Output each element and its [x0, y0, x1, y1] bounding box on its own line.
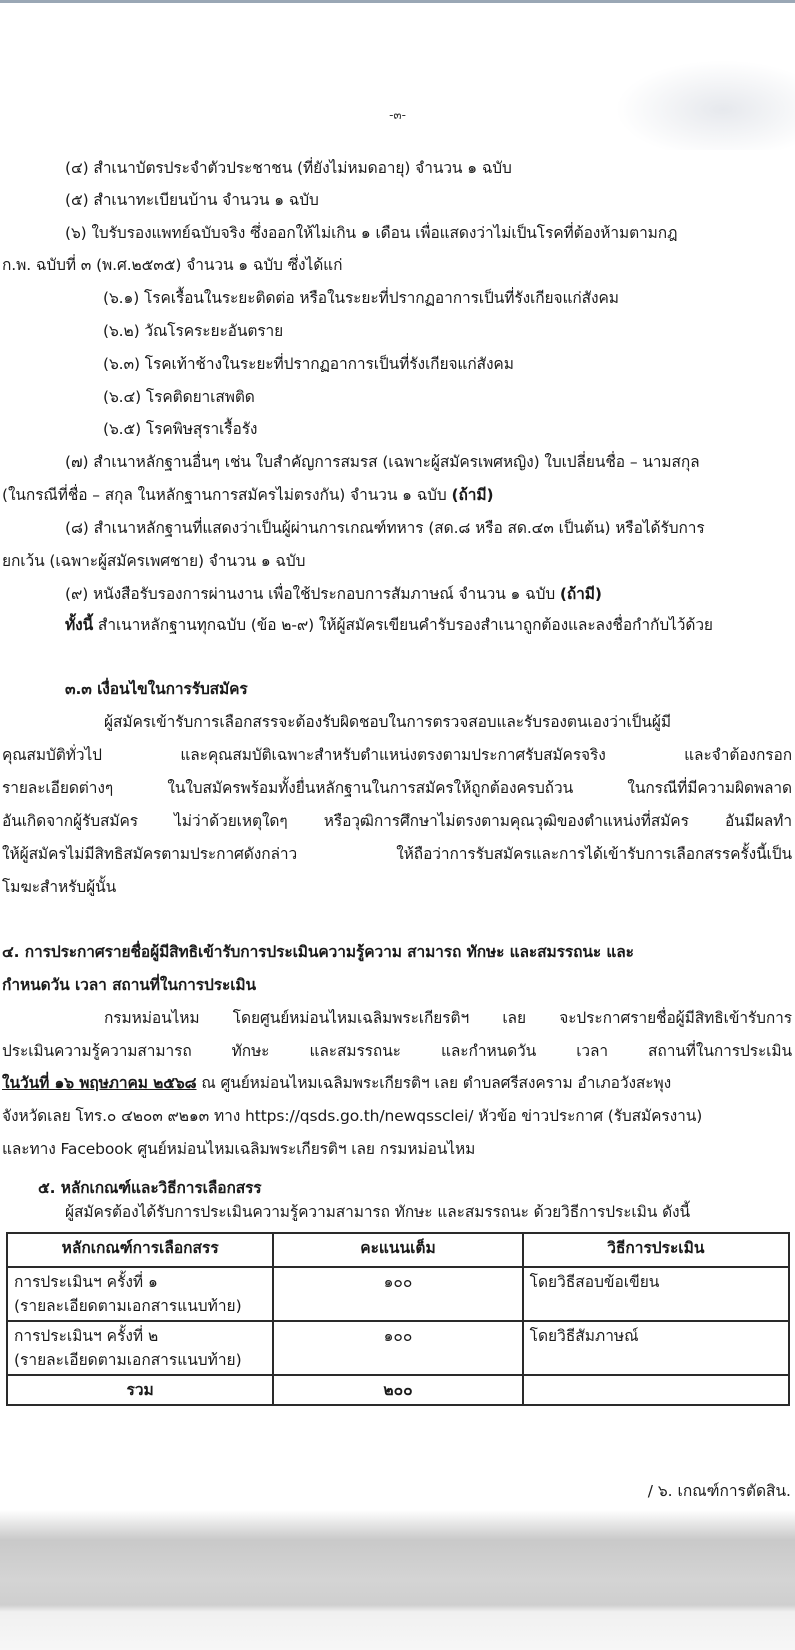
- section-4-line4: จังหวัดเลย โทร.๐ ๔๒๐๓ ๙๒๑๓ ทาง https://q…: [2, 1105, 702, 1127]
- item-9: (๙) หนังสือรับรองการผ่านงาน เพื่อใช้ประก…: [65, 583, 602, 605]
- section-3-3-heading: ๓.๓ เงื่อนไขในการรับสมัคร: [65, 678, 248, 700]
- section-3-3-line6: โมฆะสำหรับผู้นั้น: [2, 876, 116, 898]
- criteria-cell: การประเมินฯ ครั้งที่ ๑ (รายละเอียดตามเอก…: [7, 1267, 273, 1321]
- item-6-4: (๖.๔) โรคติดยาเสพติด: [103, 386, 255, 408]
- method-cell: โดยวิธีสัมภาษณ์: [523, 1321, 789, 1375]
- table-row: การประเมินฯ ครั้งที่ ๒ (รายละเอียดตามเอก…: [7, 1321, 789, 1375]
- scan-artifact: [615, 60, 795, 150]
- header-criteria: หลักเกณฑ์การเลือกสรร: [7, 1233, 273, 1267]
- item-7-optional: (ถ้ามี): [452, 486, 494, 504]
- section-3-3-line3: รายละเอียดต่างๆ ในใบสมัครพร้อมทั้งยื่นหล…: [2, 777, 792, 799]
- item-7-line1: (๗) สำเนาหลักฐานอื่นๆ เช่น ใบสำคัญการสมร…: [65, 451, 700, 473]
- scanned-document-page: -๓- (๔) สำเนาบัตรประจำตัวประชาชน (ที่ยัง…: [0, 0, 795, 1650]
- score-cell: ๑๐๐: [273, 1321, 522, 1375]
- table-total-row: รวม ๒๐๐: [7, 1375, 789, 1405]
- criteria-detail: (รายละเอียดตามเอกสารแนบท้าย): [14, 1294, 266, 1318]
- page-number: -๓-: [0, 106, 795, 125]
- total-method: [523, 1375, 789, 1405]
- assessment-date: ในวันที่ ๑๖ พฤษภาคม ๒๕๖๘: [2, 1074, 197, 1092]
- note-lead: ทั้งนี้: [65, 616, 93, 634]
- criteria-title: การประเมินฯ ครั้งที่ ๑: [14, 1270, 266, 1294]
- selection-criteria-table: หลักเกณฑ์การเลือกสรร คะแนนเต็ม วิธีการปร…: [6, 1232, 790, 1406]
- section-4-heading-line2: กำหนดวัน เวลา สถานที่ในการประเมิน: [2, 974, 256, 996]
- item-6-2: (๖.๒) วัณโรคระยะอันตราย: [103, 320, 283, 342]
- section-4-line1: กรมหม่อนไหม โดยศูนย์หม่อนไหมเฉลิมพระเกีย…: [104, 1007, 792, 1029]
- section-3-3-line1: ผู้สมัครเข้ารับการเลือกสรรจะต้องรับผิดชอ…: [104, 711, 792, 733]
- section-3-3-line4: อันเกิดจากผู้รับสมัคร ไม่ว่าด้วยเหตุใดๆ …: [2, 810, 792, 832]
- header-method: วิธีการประเมิน: [523, 1233, 789, 1267]
- criteria-detail: (รายละเอียดตามเอกสารแนบท้าย): [14, 1348, 266, 1372]
- item-6-1: (๖.๑) โรคเรื้อนในระยะติดต่อ หรือในระยะที…: [103, 287, 619, 309]
- section-4-line5: และทาง Facebook ศูนย์หม่อนไหมเฉลิมพระเกี…: [2, 1138, 475, 1160]
- item-8-line2: ยกเว้น (เฉพาะผู้สมัครเพศชาย) จำนวน ๑ ฉบั…: [2, 550, 305, 572]
- item-8-line1: (๘) สำเนาหลักฐานที่แสดงว่าเป็นผู้ผ่านการ…: [65, 517, 705, 539]
- total-score: ๒๐๐: [273, 1375, 522, 1405]
- item-7-line2: (ในกรณีที่ชื่อ – สกุล ในหลักฐานการสมัครไ…: [2, 484, 493, 506]
- header-full-score: คะแนนเต็ม: [273, 1233, 522, 1267]
- item-6-5: (๖.๕) โรคพิษสุราเรื้อรัง: [103, 418, 257, 440]
- criteria-cell: การประเมินฯ ครั้งที่ ๒ (รายละเอียดตามเอก…: [7, 1321, 273, 1375]
- section-3-3-line5: ให้ผู้สมัครไม่มีสิทธิสมัครตามประกาศดังกล…: [2, 843, 792, 865]
- note: ทั้งนี้ สำเนาหลักฐานทุกฉบับ (ข้อ ๒-๙) ให…: [65, 614, 713, 636]
- section-3-3-line2: คุณสมบัติทั่วไป และคุณสมบัติเฉพาะสำหรับต…: [2, 744, 792, 766]
- item-9-optional: (ถ้ามี): [560, 585, 602, 603]
- section-4-line2: ประเมินความรู้ความสามารถ ทักษะ และสมรรถน…: [2, 1040, 792, 1062]
- section-4-heading-line1: ๔. การประกาศรายชื่อผู้มีสิทธิเข้ารับการป…: [2, 941, 634, 963]
- total-label: รวม: [7, 1375, 273, 1405]
- section-4-line3: ในวันที่ ๑๖ พฤษภาคม ๒๕๖๘ ณ ศูนย์หม่อนไหม…: [2, 1072, 671, 1094]
- table-header-row: หลักเกณฑ์การเลือกสรร คะแนนเต็ม วิธีการปร…: [7, 1233, 789, 1267]
- table-row: การประเมินฯ ครั้งที่ ๑ (รายละเอียดตามเอก…: [7, 1267, 789, 1321]
- method-cell: โดยวิธีสอบข้อเขียน: [523, 1267, 789, 1321]
- item-7-text: (ในกรณีที่ชื่อ – สกุล ในหลักฐานการสมัครไ…: [2, 486, 447, 504]
- continuation-note: / ๖. เกณฑ์การตัดสิน.: [648, 1478, 791, 1503]
- item-6-3: (๖.๓) โรคเท้าช้างในระยะที่ปรากฏอาการเป็น…: [103, 353, 514, 375]
- note-text: สำเนาหลักฐานทุกฉบับ (ข้อ ๒-๙) ให้ผู้สมัค…: [98, 616, 713, 634]
- item-6-line1: (๖) ใบรับรองแพทย์ฉบับจริง ซึ่งออกให้ไม่เ…: [65, 222, 677, 244]
- item-6-line2: ก.พ. ฉบับที่ ๓ (พ.ศ.๒๕๓๕) จำนวน ๑ ฉบับ ซ…: [2, 254, 342, 276]
- item-5: (๕) สำเนาทะเบียนบ้าน จำนวน ๑ ฉบับ: [65, 189, 319, 211]
- section-5-heading: ๕. หลักเกณฑ์และวิธีการเลือกสรร: [38, 1177, 262, 1199]
- scan-top-edge: [0, 0, 795, 3]
- criteria-title: การประเมินฯ ครั้งที่ ๒: [14, 1324, 266, 1348]
- section-5-intro: ผู้สมัครต้องได้รับการประเมินความรู้ความส…: [65, 1201, 690, 1223]
- section-4-line3-rest: ณ ศูนย์หม่อนไหมเฉลิมพระเกียรติฯ เลย ตำบล…: [197, 1074, 672, 1092]
- item-9-text: (๙) หนังสือรับรองการผ่านงาน เพื่อใช้ประก…: [65, 585, 555, 603]
- item-4: (๔) สำเนาบัตรประจำตัวประชาชน (ที่ยังไม่ห…: [65, 157, 512, 179]
- score-cell: ๑๐๐: [273, 1267, 522, 1321]
